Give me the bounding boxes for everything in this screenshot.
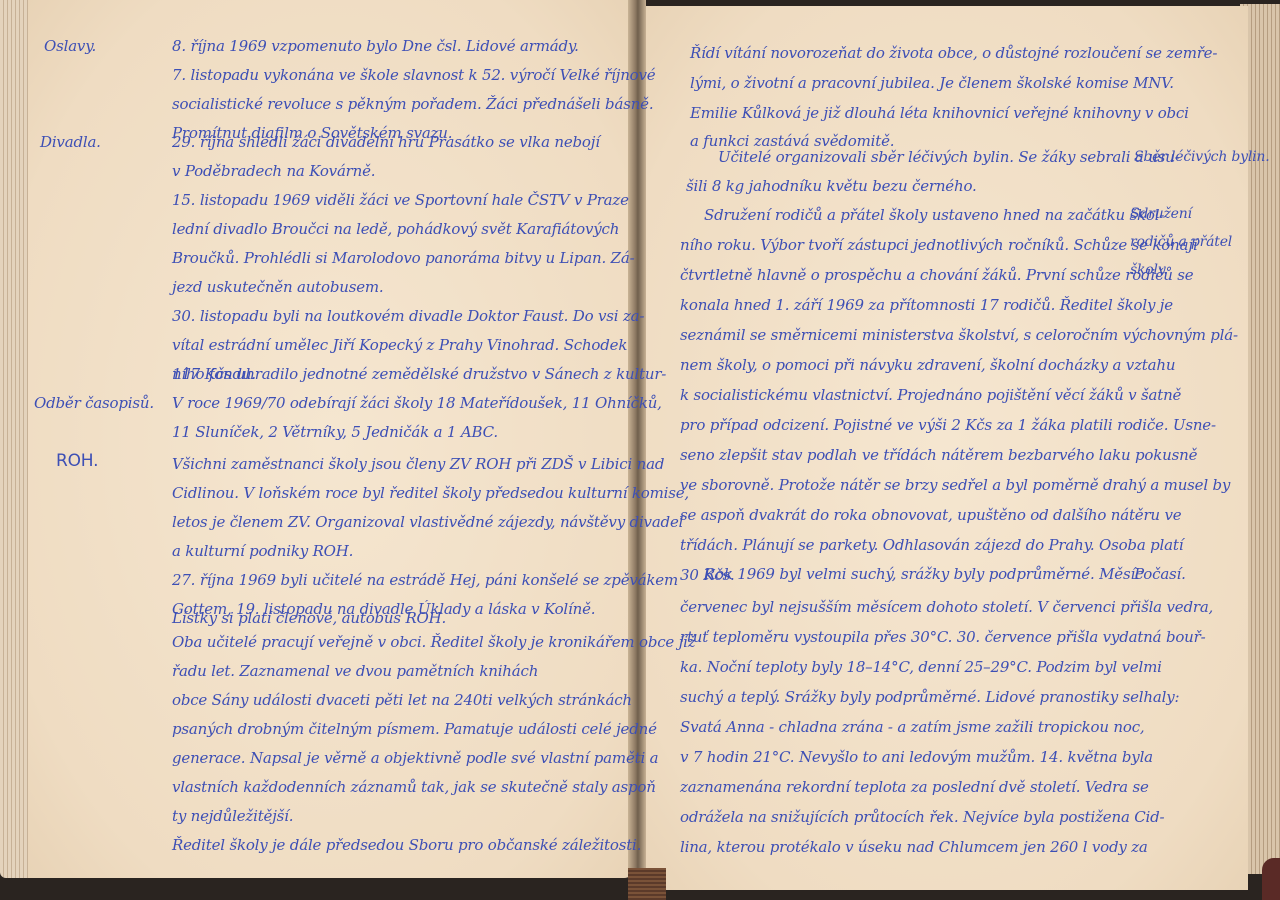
text-line: letos je členem ZV. Organizoval vlastivě… [172, 508, 689, 537]
text-line: se aspoň dvakrát do roka obnovovat, upuš… [680, 500, 1238, 530]
text-line: k socialistickému vlastnictví. Projednán… [680, 380, 1238, 410]
text-line: šili 8 kg jahodníku květu bezu černého. [686, 172, 977, 201]
text-line: a kulturní podniky ROH. [172, 537, 689, 566]
paragraph-sber-bylin: Učitelé organizovali sběr léčivých bylin… [718, 143, 1180, 172]
margin-note-sber-bylin: Sběr léčivých bylin. [1134, 143, 1269, 172]
text-line: 15. listopadu 1969 viděli žáci ve Sporto… [172, 186, 666, 215]
paragraph-srps: Sdružení rodičů a přátel školy ustaveno … [704, 200, 1164, 230]
text-line: nem školy, o pomoci při návyku zdravení,… [680, 350, 1238, 380]
ribbon-bookmark [628, 868, 666, 900]
text-line: červenec byl nejsušším měsícem dohoto st… [680, 592, 1213, 622]
cover-corner [1262, 858, 1280, 900]
text-line: 29. října shlédli žáci divadelní hru Pra… [172, 128, 666, 157]
section-label-odber-casopisu: Odběr časopisů. [34, 389, 154, 418]
text-line: seznámil se směrnicemi ministerstva škol… [680, 320, 1238, 350]
text-line: 11 Sluníček, 2 Větrníky, 5 Jedničák a 1 … [172, 418, 662, 447]
section-label-oslavy: Oslavy. [44, 32, 96, 61]
text-line: zaznamenána rekordní teplota za poslední… [680, 772, 1213, 802]
text-line: Rok 1969 byl velmi suchý, srážky byly po… [704, 560, 1143, 589]
text-line: ka. Noční teploty byly 18–14°C, denní 25… [680, 652, 1213, 682]
text-line: ního fondu. [172, 360, 256, 389]
text-line: rtuť teploměru vystoupila přes 30°C. 30.… [680, 622, 1213, 652]
paragraph-srps-cont: ního roku. Výbor tvoří zástupci jednotli… [680, 230, 1238, 590]
text-line: Svatá Anna - chladna zrána - a zatím jsm… [680, 712, 1213, 742]
paragraph-sber-bylin-cont: šili 8 kg jahodníku květu bezu černého. [686, 172, 977, 201]
text-line: konala hned 1. září 1969 za přítomnosti … [680, 290, 1238, 320]
text-line: obce Sány události dvaceti pěti let na 2… [172, 687, 695, 716]
text-line: jezd uskutečněn autobusem. [172, 273, 666, 302]
text-line: pro případ odcizení. Pojistné ve výši 2 … [680, 410, 1238, 440]
text-line: třídách. Plánují se parkety. Odhlasován … [680, 530, 1238, 560]
paragraph-pocasi: Rok 1969 byl velmi suchý, srážky byly po… [704, 560, 1143, 589]
section-text-divadla: 29. října shlédli žáci divadelní hru Pra… [172, 128, 666, 389]
text-line: Učitelé organizovali sběr léčivých bylin… [718, 143, 1180, 172]
text-line: 27. října 1969 byli učitelé na estrádě H… [172, 566, 689, 595]
text-line: Lístky si platí členové, autobus ROH. [172, 605, 695, 629]
text-line: V roce 1969/70 odebírají žáci školy 18 M… [172, 389, 662, 418]
section-text-roh: Všichni zaměstnanci školy jsou členy ZV … [172, 450, 689, 624]
text-line: odrážela na snižujících průtocích řek. N… [680, 802, 1213, 832]
text-line: lední divadlo Broučci na ledě, pohádkový… [172, 215, 666, 244]
text-line: vítal estrádní umělec Jiří Kopecký z Pra… [172, 331, 666, 360]
text-line: 8. října 1969 vzpomenuto bylo Dne čsl. L… [172, 32, 655, 61]
section-text-roh-cont: Lístky si platí členové, autobus ROH. Ob… [172, 605, 695, 861]
text-line: řadu let. Zaznamenal ve dvou pamětních k… [172, 658, 695, 687]
text-line: Ředitel školy je dále předsedou Sboru pr… [172, 832, 695, 861]
text-line: seno zlepšit stav podlah ve třídách nátě… [680, 440, 1238, 470]
text-line: vlastních každodenních záznamů tak, jak … [172, 774, 695, 803]
text-line: v 7 hodin 21°C. Nevyšlo to ani ledovým m… [680, 742, 1213, 772]
text-line: suchý a teplý. Srážky byly podprůměrné. … [680, 682, 1213, 712]
text-line: lými, o životní a pracovní jubilea. Je č… [690, 68, 1217, 98]
section-label-divadla: Divadla. [40, 128, 101, 157]
text-line: ve sborovně. Protože nátěr se brzy sedře… [680, 470, 1238, 500]
text-line: Řídí vítání novorozeňat do života obce, … [690, 38, 1217, 68]
text-line: Broučků. Prohlédli si Marolodovo panorám… [172, 244, 666, 273]
paragraph-pocasi-cont: červenec byl nejsušším měsícem dohoto st… [680, 592, 1213, 862]
text-line: Cidlinou. V loňském roce byl ředitel ško… [172, 479, 689, 508]
text-line: 7. listopadu vykonána ve škole slavnost … [172, 61, 655, 90]
section-text-odber-casopisu: V roce 1969/70 odebírají žáci školy 18 M… [172, 389, 662, 447]
paragraph-obcanske-zalezitosti: Řídí vítání novorozeňat do života obce, … [690, 38, 1217, 155]
text-line: Emilie Kůlková je již dlouhá léta knihov… [690, 98, 1217, 126]
text-line: Oba učitelé pracují veřejně v obci. Ředi… [172, 629, 695, 658]
margin-note-pocasi: Počasí. [1134, 560, 1186, 589]
text-line: v Poděbradech na Kovárně. [172, 157, 666, 186]
text-line: socialistické revoluce s pěkným pořadem.… [172, 90, 655, 119]
section-text-divadla-end: ního fondu. [172, 360, 256, 389]
text-line: psaných drobným čitelným písmem. Pamatuj… [172, 716, 695, 745]
text-line: generace. Napsal je věrně a objektivně p… [172, 745, 695, 774]
text-line: Sdružení rodičů a přátel školy ustaveno … [704, 200, 1164, 230]
section-label-roh: ROH. [56, 447, 98, 476]
text-line: ty nejdůležitější. [172, 803, 695, 832]
text-line: lina, kterou protékalo v úseku nad Chlum… [680, 832, 1213, 862]
open-book: Oslavy. Divadla. Odběr časopisů. ROH. 8.… [0, 0, 1280, 900]
text-line: 30. listopadu byli na loutkovém divadle … [172, 302, 666, 331]
margin-note-srps: Sdružení rodičů a přátel školy. [1130, 200, 1240, 284]
text-line: Všichni zaměstnanci školy jsou členy ZV … [172, 450, 689, 479]
